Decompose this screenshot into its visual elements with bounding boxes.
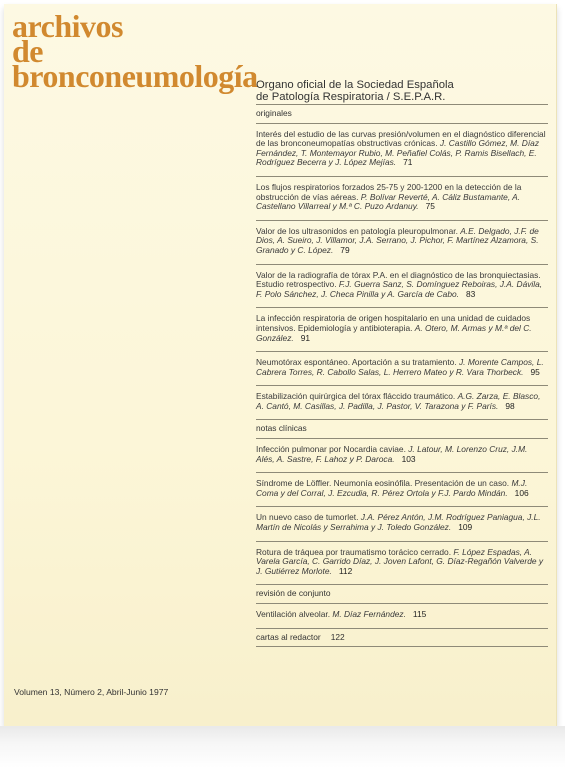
toc-entry: Neumotórax espontáneo. Aportación a su t… xyxy=(256,352,548,385)
page-number: 122 xyxy=(331,632,345,642)
section-heading: cartas al redactor122 xyxy=(256,629,548,647)
divider xyxy=(256,646,548,647)
page-number: 112 xyxy=(339,566,352,576)
page-number: 106 xyxy=(515,488,529,498)
issue-info: Volumen 13, Número 2, Abril-Junio 1977 xyxy=(14,687,168,697)
title-line: archivos xyxy=(12,14,258,39)
page-number: 71 xyxy=(403,157,412,167)
page-number: 83 xyxy=(466,289,475,299)
article-title: Síndrome de Löffler. Neumonía eosinófila… xyxy=(256,478,509,488)
section-heading: originales xyxy=(256,105,548,123)
section-heading: notas clínicas xyxy=(256,420,548,438)
toc-entry: Valor de los ultrasonidos en patología p… xyxy=(256,221,548,264)
section-heading: revisión de conjunto xyxy=(256,585,548,603)
page-number: 103 xyxy=(402,454,416,464)
article-title: Un nuevo caso de tumorlet. xyxy=(256,512,358,522)
subtitle-line: Organo oficial de la Sociedad Española xyxy=(256,79,454,91)
page-number: 91 xyxy=(301,333,310,343)
article-title: Infección pulmonar por Nocardia caviae. xyxy=(256,444,406,454)
article-authors: M. Díaz Fernández. xyxy=(332,609,406,619)
journal-subtitle: Organo oficial de la Sociedad Española d… xyxy=(256,79,454,103)
toc-entry: Interés del estudio de las curvas presió… xyxy=(256,124,548,176)
page-number: 98 xyxy=(505,401,514,411)
page-number: 109 xyxy=(458,522,472,532)
letters-heading: cartas al redactor xyxy=(256,632,321,642)
toc-entry: Estabilización quirúrgica del tórax flác… xyxy=(256,386,548,419)
article-title: Valor de los ultrasonidos en patología p… xyxy=(256,226,458,236)
table-of-contents: originalesInterés del estudio de las cur… xyxy=(256,104,548,647)
toc-entry: Ventilación alveolar. M. Díaz Fernández.… xyxy=(256,604,548,628)
page-number: 75 xyxy=(426,201,435,211)
title-line: bronconeumología xyxy=(12,64,258,89)
article-title: Ventilación alveolar. xyxy=(256,609,330,619)
article-title: Rotura de tráquea por traumatismo toráci… xyxy=(256,547,451,557)
journal-title: archivos de bronconeumología xyxy=(12,14,258,89)
article-title: Estabilización quirúrgica del tórax flác… xyxy=(256,391,455,401)
toc-entry: Un nuevo caso de tumorlet. J.A. Pérez An… xyxy=(256,507,548,540)
page-number: 115 xyxy=(413,609,426,619)
page-number: 79 xyxy=(340,245,349,255)
subtitle-line: de Patología Respiratoria / S.E.P.A.R. xyxy=(256,91,454,103)
toc-entry: Síndrome de Löffler. Neumonía eosinófila… xyxy=(256,473,548,506)
page-number: 95 xyxy=(531,367,540,377)
toc-entry: Infección pulmonar por Nocardia caviae. … xyxy=(256,439,548,472)
toc-entry: Rotura de tráquea por traumatismo toráci… xyxy=(256,542,548,585)
toc-entry: Los flujos respiratorios forzados 25-75 … xyxy=(256,177,548,220)
page-shadow xyxy=(0,726,565,768)
toc-entry: Valor de la radiografía de tórax P.A. en… xyxy=(256,265,548,308)
toc-entry: La infección respiratoria de origen hosp… xyxy=(256,308,548,351)
article-title: Neumotórax espontáneo. Aportación a su t… xyxy=(256,357,457,367)
